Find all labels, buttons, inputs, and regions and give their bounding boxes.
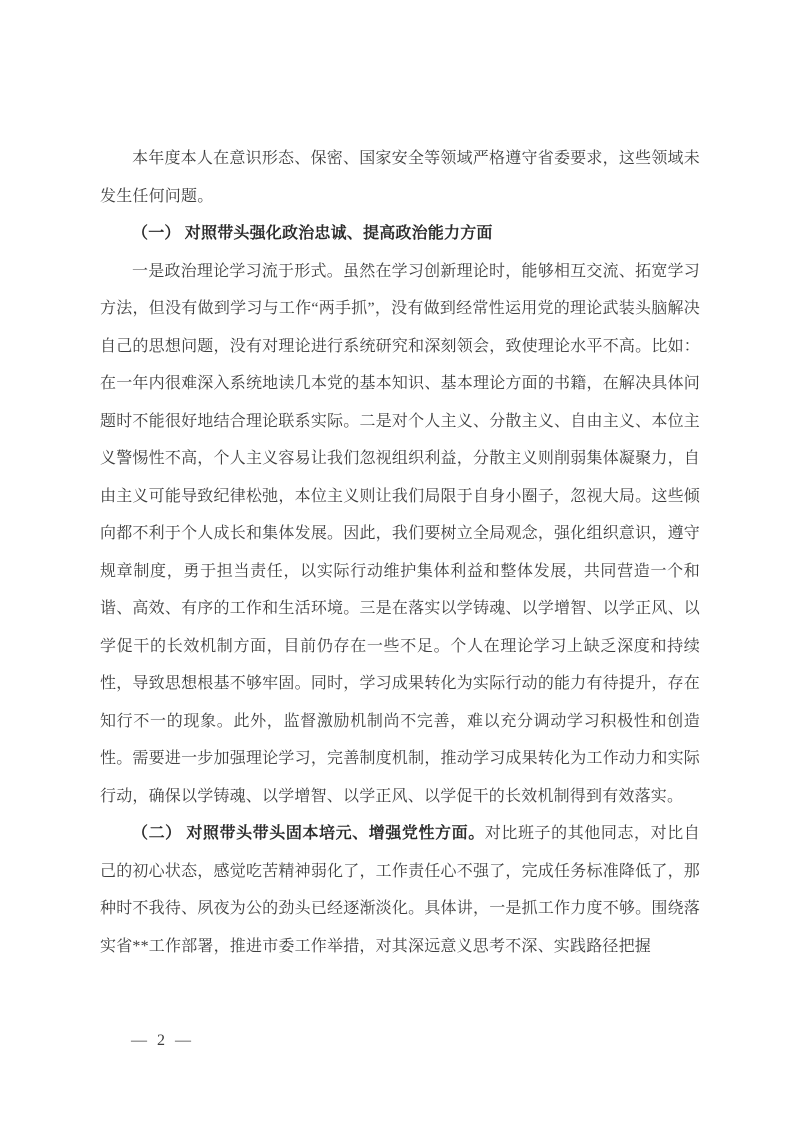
section-1-heading: （一） 对照带头强化政治忠诚、提高政治能力方面 [100,215,700,253]
section-1-body: 一是政治理论学习流于形式。虽然在学习创新理论时，能够相互交流、拓宽学习方法，但没… [100,253,700,816]
intro-paragraph: 本年度本人在意识形态、保密、国家安全等领域严格遵守省委要求，这些领域未发生任何问… [100,140,700,215]
section-2-paragraph: （二） 对照带头带头固本培元、增强党性方面。对比班子的其他同志，对比自己的初心状… [100,815,700,965]
document-content: 本年度本人在意识形态、保密、国家安全等领域严格遵守省委要求，这些领域未发生任何问… [100,140,700,965]
section-2-heading: （二） 对照带头带头固本培元、增强党性方面。 [132,825,485,842]
page-footer: — 2 — [131,1022,194,1060]
page-number: — 2 — [131,1032,194,1049]
section-2-body: 对比班子的其他同志，对比自己的初心状态，感觉吃苦精神弱化了，工作责任心不强了，完… [100,825,700,955]
document-page: 本年度本人在意识形态、保密、国家安全等领域严格遵守省委要求，这些领域未发生任何问… [0,0,793,1122]
